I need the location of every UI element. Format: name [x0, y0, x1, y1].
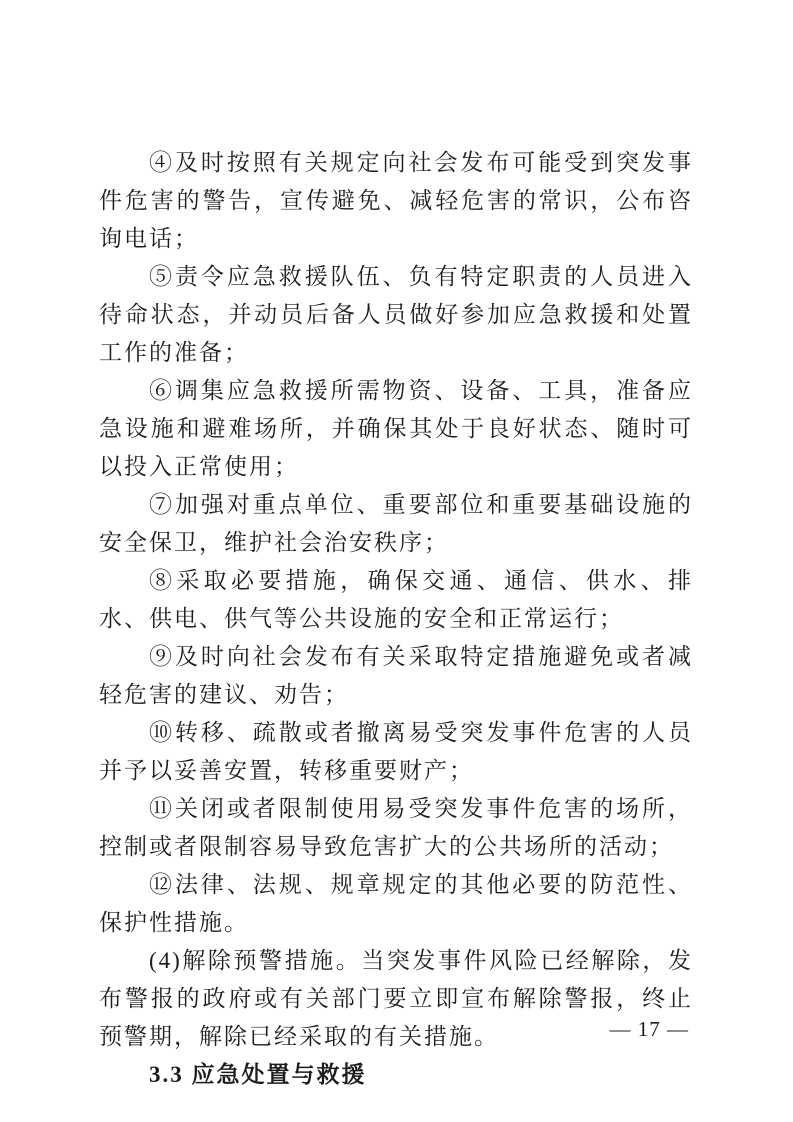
paragraph: (4)解除预警措施。当突发事件风险已经解除，发布警报的政府或有关部门要立即宣布解…	[99, 942, 693, 1056]
section-heading: 3.3 应急处置与救援	[99, 1056, 693, 1094]
page-number: — 17 —	[610, 1016, 690, 1042]
paragraph: ⑧采取必要措施，确保交通、通信、供水、排水、供电、供气等公共设施的安全和正常运行…	[99, 562, 693, 638]
paragraph: ④及时按照有关规定向社会发布可能受到突发事件危害的警告，宣传避免、减轻危害的常识…	[99, 144, 693, 258]
paragraph: ⑨及时向社会发布有关采取特定措施避免或者减轻危害的建议、劝告；	[99, 638, 693, 714]
paragraph: ⑩转移、疏散或者撤离易受突发事件危害的人员并予以妥善安置，转移重要财产；	[99, 714, 693, 790]
paragraph: ⑤责令应急救援队伍、负有特定职责的人员进入待命状态，并动员后备人员做好参加应急救…	[99, 258, 693, 372]
paragraph: ⑫法律、法规、规章规定的其他必要的防范性、保护性措施。	[99, 866, 693, 942]
paragraph: ⑥调集应急救援所需物资、设备、工具，准备应急设施和避难场所，并确保其处于良好状态…	[99, 372, 693, 486]
document-body: ④及时按照有关规定向社会发布可能受到突发事件危害的警告，宣传避免、减轻危害的常识…	[99, 144, 693, 1056]
paragraph: ⑦加强对重点单位、重要部位和重要基础设施的安全保卫，维护社会治安秩序；	[99, 486, 693, 562]
document-page: ④及时按照有关规定向社会发布可能受到突发事件危害的警告，宣传避免、减轻危害的常识…	[0, 0, 793, 1122]
document-content: ④及时按照有关规定向社会发布可能受到突发事件危害的警告，宣传避免、减轻危害的常识…	[99, 144, 693, 1094]
paragraph: ⑪关闭或者限制使用易受突发事件危害的场所，控制或者限制容易导致危害扩大的公共场所…	[99, 790, 693, 866]
